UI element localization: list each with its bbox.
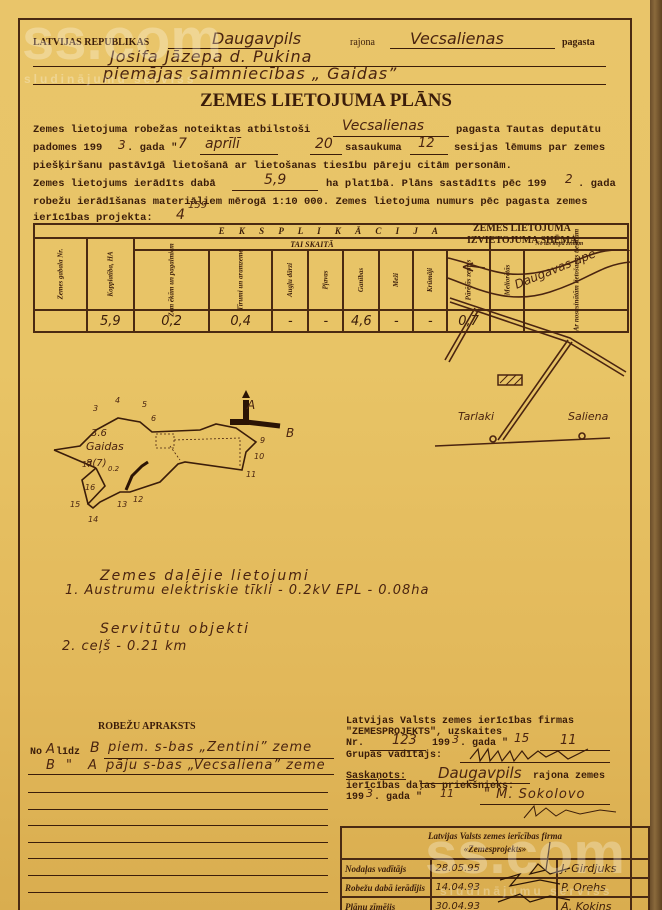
plot-name: Gaidas	[86, 440, 124, 453]
col-header-arable: Tīrumi un aramzeme	[209, 250, 272, 310]
boundary-blank-row	[28, 842, 328, 843]
boundary-point-10: 10	[254, 452, 264, 461]
watermark-logo: ss.com	[22, 6, 222, 73]
north-arrow-icon	[242, 390, 250, 398]
registration-nr-value: 123	[392, 733, 417, 748]
district-value: Daugavpils	[212, 29, 301, 48]
group-leader-label: Grupas vadītājs:	[346, 750, 442, 761]
intro-year: 3	[118, 138, 126, 152]
easements-title: Zemes daļējie lietojumi	[100, 568, 310, 584]
intro-area-underline	[232, 190, 318, 191]
boundary-point-6: 6	[151, 414, 156, 423]
cell-meadows: -	[308, 310, 343, 332]
intro-line4-b: ha platībā. Plāns sastādīts pēc 199	[326, 178, 547, 190]
boundary-point-12: 12	[133, 495, 143, 504]
boundary-point-9: 9	[260, 436, 265, 445]
servitude-item-2: 2. ceļš - 0.21 km	[62, 639, 187, 654]
intro-line2-b: . gada "	[127, 142, 177, 154]
intro-session-no: 20	[315, 136, 333, 152]
agreed-signature	[520, 802, 620, 822]
group-leader-signature	[468, 745, 598, 765]
document-page: LATVIJAS REPUBLIKAS Daugavpils rajona Ve…	[0, 0, 650, 910]
village-left-label: Tarlaki	[458, 410, 494, 423]
intro-line4-a: Zemes lietojums ierādīts dabā	[33, 178, 216, 190]
intro-line3: piešķiršanu pastāvīgā lietošanā ar lieto…	[33, 160, 512, 172]
registration-line1: Latvijas Valsts zemes ierīcības firmas	[346, 716, 574, 727]
intro-line4-c: . gada	[578, 178, 616, 190]
registration-year-prefix: 199	[432, 738, 450, 749]
signature-role: Robežu dabā ierādījis	[341, 878, 431, 897]
agreed-district: Daugavpils	[438, 764, 522, 782]
col-header-parcel-no: Zemes gabala Nr.	[34, 238, 87, 310]
boundary-row1-prefix: No	[30, 747, 42, 758]
col-header-forests: Meži	[379, 250, 413, 310]
district-label: rajona	[350, 37, 375, 48]
cell-pastures: 4,6	[343, 310, 379, 332]
agreed-name: " M. Sokolovo	[484, 787, 586, 802]
boundary-blank-row	[28, 875, 328, 876]
watermark-tagline: sludinājumu serviss	[24, 72, 196, 86]
boundary-blank-row	[28, 792, 328, 793]
boundary-point-5: 5	[142, 400, 147, 409]
parcel-sub: 0.2	[108, 465, 119, 473]
boundary-point-13: 13	[117, 500, 127, 509]
watermark-tagline-bottom: sludinājumu serviss	[440, 884, 612, 898]
boundary-row2-from: B	[46, 758, 55, 773]
col-header-pastures: Ganības	[343, 250, 379, 310]
watermark-logo-bottom: ss.com	[425, 820, 625, 887]
agreed-day: 11	[440, 787, 454, 800]
boundary-point-16: 16	[85, 483, 95, 492]
cell-parcel-no	[34, 310, 87, 332]
boundary-blank-row	[28, 858, 328, 859]
parish-label: pagasta	[562, 37, 595, 48]
intro-project-no: 4	[176, 207, 185, 223]
boundary-point-11: 11	[246, 470, 256, 479]
agreed-suffix: rajona zemes	[533, 771, 605, 782]
river-flow-arrow	[470, 266, 485, 268]
boundary-row2-text: pāju s-bas „Vecsaliena” zeme	[106, 758, 326, 773]
intro-parish: Vecsalienas	[342, 118, 424, 134]
col-header-orchards: Augļu dārzi	[272, 250, 308, 310]
boundary-point-15: 15	[70, 500, 80, 509]
boundary-row2-mid: "	[66, 758, 72, 773]
signature-role: Nodaļas vadītājs	[341, 859, 431, 878]
intro-line1-b: pagasta Tautas deputātu	[456, 124, 601, 136]
village-right-label: Saliena	[568, 410, 608, 423]
intro-line5: robežu ierādīšanas materiāliem mērogā 1:…	[33, 196, 588, 208]
registration-line2: "ZEMESPROJEKTS", uzskaites	[346, 727, 502, 738]
boundary-blank-row	[28, 809, 328, 810]
boundary-blank-row	[28, 892, 328, 893]
cell-orchards: -	[272, 310, 308, 332]
boundary-row1-text: piem. s-bas „Zentini” zeme	[108, 740, 312, 755]
easement-item-1: 1. Austrumu elektriskie tīkli - 0.2kV EP…	[65, 583, 429, 598]
intro-month: aprīlī	[205, 136, 240, 152]
registration-nr-label: Nr.	[346, 738, 364, 749]
col-header-buildings: Zem ēkām un pagalmiem	[134, 250, 209, 310]
scheme-title-line1: ZEMES LIETOJUMA	[473, 223, 571, 234]
boundary-point-3: 3	[93, 404, 98, 413]
boundary-row1-to: B	[90, 740, 100, 756]
intro-project-sup: 159	[188, 200, 207, 211]
parish-underline	[390, 48, 555, 49]
cell-arable: 0,4	[209, 310, 272, 332]
intro-session-underline	[310, 154, 342, 155]
page-title: ZEMES LIETOJUMA PLĀNS	[200, 90, 452, 112]
intro-line2-d: sasaukuma	[345, 142, 402, 154]
intro-line1-a: Zemes lietojuma robežas noteiktas atbils…	[33, 124, 310, 136]
point-b-label: B	[286, 426, 294, 440]
agreed-gada: . gada "	[374, 792, 422, 803]
scheme-title-line2: IZVIETOJUMA SHĒMA	[467, 235, 577, 246]
intro-day: 7	[178, 136, 187, 152]
photo-background-edge	[650, 0, 662, 910]
point-a-label: A	[247, 398, 255, 412]
boundary-row1-from: A	[46, 742, 55, 757]
boundary-point-4: 4	[115, 396, 120, 405]
intro-line2-e: sesijas lēmums par zemes	[454, 142, 605, 154]
registration-year-digit: 3	[452, 733, 459, 746]
group-label-of-which: TAI SKAITĀ	[134, 238, 490, 250]
intro-plan-year: 2	[565, 172, 573, 186]
registration-day: 15	[514, 731, 529, 745]
intro-line2-a: padomes 199	[33, 142, 102, 154]
parish-value: Vecsalienas	[410, 29, 504, 48]
boundary-description-title: ROBEŽU APRAKSTS	[98, 721, 196, 732]
agreed-year-prefix: 199	[346, 792, 364, 803]
boundary-row1-lidz: līdz	[56, 747, 80, 758]
agreed-year-digit: 3	[366, 787, 373, 800]
boundary-row2-to: A	[88, 758, 97, 773]
boundary-blank-row	[28, 825, 328, 826]
col-header-meadows: Pļavas	[308, 250, 343, 310]
boundary-point-17: 17	[82, 460, 92, 469]
intro-month-underline	[200, 154, 278, 155]
col-header-total-area: Kopplatība, HA	[87, 238, 134, 310]
cell-forests: -	[379, 310, 413, 332]
intro-sitting-no: 12	[418, 136, 435, 151]
servitude-title: Servitūtu objekti	[100, 621, 250, 637]
cell-total-area: 5,9	[87, 310, 134, 332]
boundary-row2-underline	[28, 774, 334, 775]
signature-role: Plānu zīmējis	[341, 897, 431, 910]
intro-area: 5,9	[264, 172, 286, 188]
intro-sitting-underline	[410, 154, 448, 155]
boundary-point-14: 14	[88, 515, 98, 524]
